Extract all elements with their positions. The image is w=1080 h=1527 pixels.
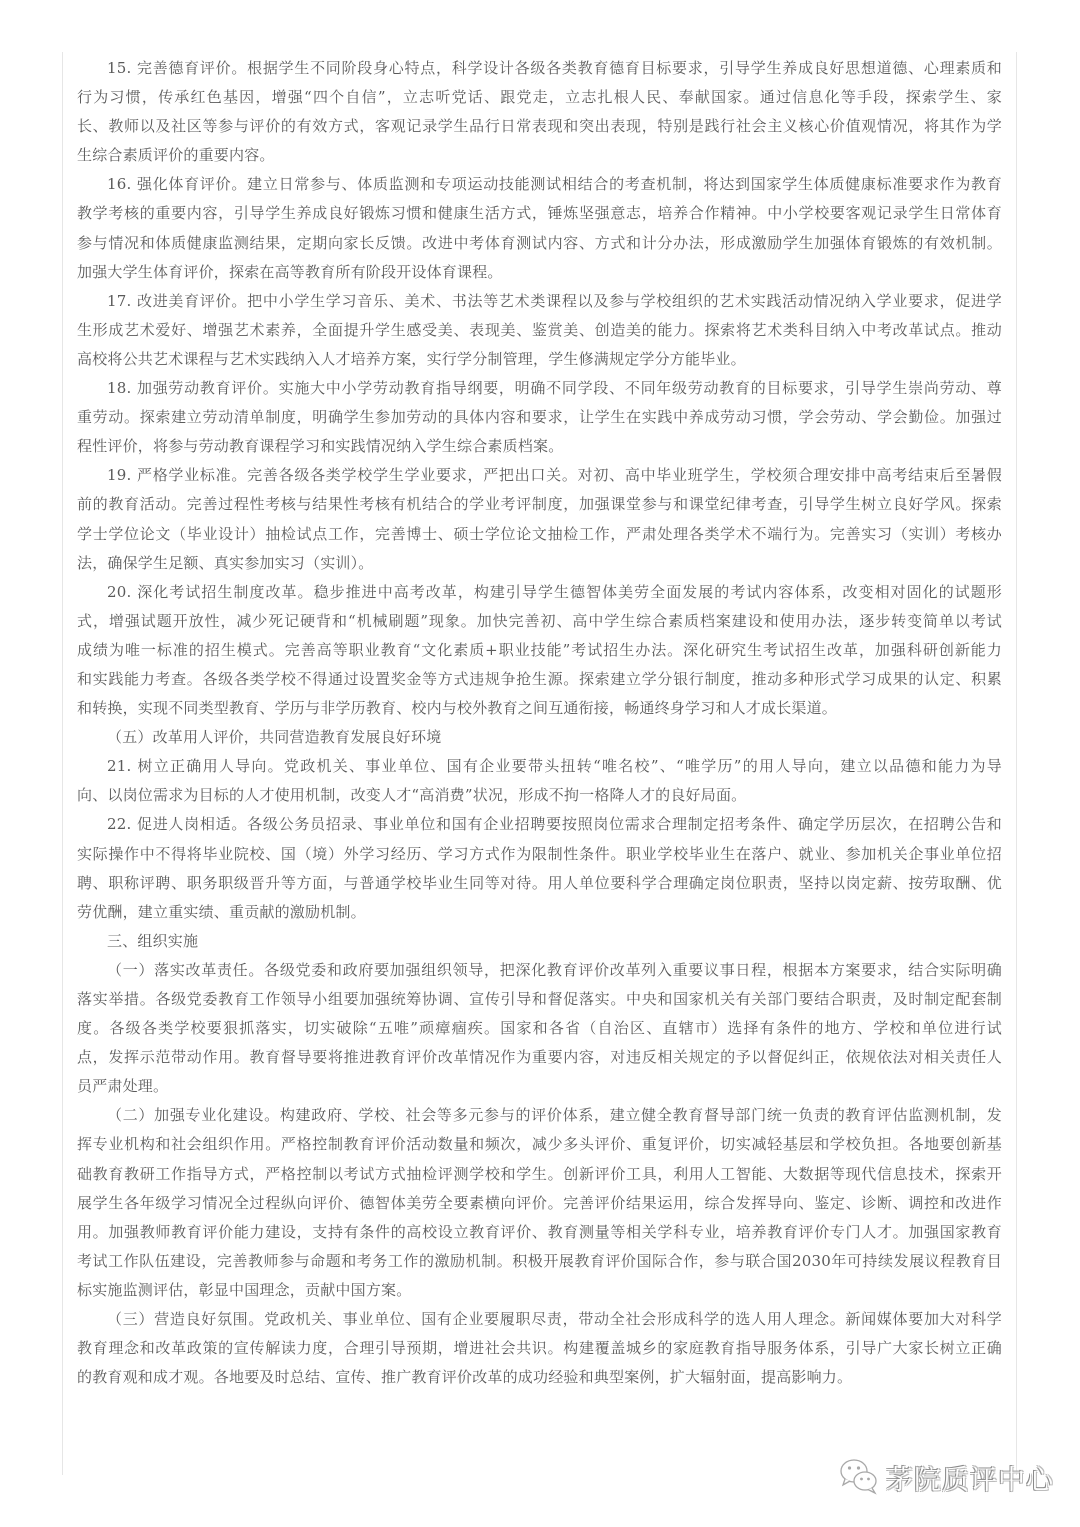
- text-line: 度。各级各类学校要狠抓落实，切实破除“五唯”顽瘴痼疾。国家和各省（自治区、直辖市…: [77, 1014, 1002, 1043]
- text-line: 长、教师以及社区等参与评价的有效方式，客观记录学生品行日常表现和突出表现，特别是…: [77, 112, 1002, 141]
- text-line: 参与情况和体质健康监测结果，定期向家长反馈。改进中考体育测试内容、方式和计分办法…: [77, 229, 1002, 258]
- text-line: 展学生各年级学习情况全过程纵向评价、德智体美劳全要素横向评价。完善评价结果运用，…: [77, 1189, 1002, 1218]
- paragraph: 17. 改进美育评价。把中小学生学习音乐、美术、书法等艺术类课程以及参与学校组织…: [77, 287, 1002, 374]
- paragraph: 20. 深化考试招生制度改革。稳步推进中高考改革，构建引导学生德智体美劳全面发展…: [77, 578, 1002, 723]
- paragraph: 18. 加强劳动教育评价。实施大中小学劳动教育指导纲要，明确不同学段、不同年级劳…: [77, 374, 1002, 461]
- text-line: 员严肃处理。: [77, 1072, 1002, 1101]
- paragraph: 22. 促进人岗相适。各级公务员招录、事业单位和国有企业招聘要按照岗位需求合理制…: [77, 810, 1002, 926]
- text-line: 15. 完善德育评价。根据学生不同阶段身心特点，科学设计各级各类教育德育目标要求…: [77, 54, 1002, 83]
- text-line: 和转换，实现不同类型教育、学历与非学历教育、校内与校外教育之间互通衔接，畅通终身…: [77, 694, 1002, 723]
- paragraph: 21. 树立正确用人导向。党政机关、事业单位、国有企业要带头扭转“唯名校”、“唯…: [77, 752, 1002, 810]
- text-line: 式，增强试题开放性，减少死记硬背和“机械刷题”现象。加快完善初、高中学生综合素质…: [77, 607, 1002, 636]
- text-line: 教育理念和改革政策的宣传解读力度，合理引导预期，增进社会共识。构建覆盖城乡的家庭…: [77, 1334, 1002, 1363]
- text-line: 础教育教研工作指导方式，严格控制以考试方式抽检评测学校和学生。创新评价工具，利用…: [77, 1160, 1002, 1189]
- wechat-icon: [838, 1457, 880, 1497]
- text-line: 19. 严格学业标准。完善各级各类学校学生学业要求，严把出口关。对初、高中毕业班…: [77, 461, 1002, 490]
- text-line: 三、组织实施: [77, 927, 1002, 956]
- section-heading: （五）改革用人评价，共同营造教育发展良好环境: [77, 723, 1002, 752]
- text-line: 17. 改进美育评价。把中小学生学习音乐、美术、书法等艺术类课程以及参与学校组织…: [77, 287, 1002, 316]
- text-line: （二）加强专业化建设。构建政府、学校、社会等多元参与的评价体系，建立健全教育督导…: [77, 1101, 1002, 1130]
- text-line: 重劳动。探索建立劳动清单制度，明确学生参加劳动的具体内容和要求，让学生在实践中养…: [77, 403, 1002, 432]
- text-line: 点，发挥示范带动作用。教育督导要将推进教育评价改革情况作为重要内容，对违反相关规…: [77, 1043, 1002, 1072]
- text-line: 和实践能力考查。各级各类学校不得通过设置奖金等方式违规争抢生源。探索建立学分银行…: [77, 665, 1002, 694]
- text-line: 实际操作中不得将毕业院校、国（境）外学习经历、学习方式作为限制性条件。职业学校毕…: [77, 840, 1002, 869]
- text-line: 法，确保学生足额、真实参加实习（实训）。: [77, 549, 1002, 578]
- text-line: 生综合素质评价的重要内容。: [77, 141, 1002, 170]
- text-line: 标实施监测评估，彰显中国理念，贡献中国方案。: [77, 1276, 1002, 1305]
- text-line: 向、以岗位需求为目标的人才使用机制，改变人才“高消费”状况，形成不拘一格降人才的…: [77, 781, 1002, 810]
- text-line: （三）营造良好氛围。党政机关、事业单位、国有企业要履职尽责，带动全社会形成科学的…: [77, 1305, 1002, 1334]
- document-body: 15. 完善德育评价。根据学生不同阶段身心特点，科学设计各级各类教育德育目标要求…: [77, 54, 1002, 1392]
- text-line: 成绩为唯一标准的招生模式。完善高等职业教育“文化素质+职业技能”考试招生办法。深…: [77, 636, 1002, 665]
- text-line: 加强大学生体育评价，探索在高等教育所有阶段开设体育课程。: [77, 258, 1002, 287]
- text-line: 考试工作队伍建设，完善教师参与命题和考务工作的激励机制。积极开展教育评价国际合作…: [77, 1247, 1002, 1276]
- text-line: 挥专业机构和社会组织作用。严格控制教育评价活动数量和频次，减少多头评价、重复评价…: [77, 1130, 1002, 1159]
- text-line: 22. 促进人岗相适。各级公务员招录、事业单位和国有企业招聘要按照岗位需求合理制…: [77, 810, 1002, 839]
- text-line: 用。加强教师教育评价能力建设，支持有条件的高校设立教育评价、教育测量等相关学科专…: [77, 1218, 1002, 1247]
- watermark-text: 茅院质评中心: [886, 1458, 1054, 1497]
- paragraph: （一）落实改革责任。各级党委和政府要加强组织领导，把深化教育评价改革列入重要议事…: [77, 956, 1002, 1101]
- text-line: 21. 树立正确用人导向。党政机关、事业单位、国有企业要带头扭转“唯名校”、“唯…: [77, 752, 1002, 781]
- text-line: 生形成艺术爱好、增强艺术素养，全面提升学生感受美、表现美、鉴赏美、创造美的能力。…: [77, 316, 1002, 345]
- text-line: （五）改革用人评价，共同营造教育发展良好环境: [77, 723, 1002, 752]
- paragraph: 15. 完善德育评价。根据学生不同阶段身心特点，科学设计各级各类教育德育目标要求…: [77, 54, 1002, 170]
- text-line: 18. 加强劳动教育评价。实施大中小学劳动教育指导纲要，明确不同学段、不同年级劳…: [77, 374, 1002, 403]
- text-line: 聘、职称评聘、职务职级晋升等方面，与普通学校毕业生同等对待。用人单位要科学合理确…: [77, 869, 1002, 898]
- text-line: 高校将公共艺术课程与艺术实践纳入人才培养方案，实行学分制管理，学生修满规定学分方…: [77, 345, 1002, 374]
- text-line: 学士学位论文（毕业设计）抽检试点工作，完善博士、硕士学位论文抽检工作，严肃处理各…: [77, 520, 1002, 549]
- paragraph: （二）加强专业化建设。构建政府、学校、社会等多元参与的评价体系，建立健全教育督导…: [77, 1101, 1002, 1305]
- text-line: 前的教育活动。完善过程性考核与结果性考核有机结合的学业考评制度，加强课堂参与和课…: [77, 490, 1002, 519]
- paragraph: （三）营造良好氛围。党政机关、事业单位、国有企业要履职尽责，带动全社会形成科学的…: [77, 1305, 1002, 1392]
- text-line: （一）落实改革责任。各级党委和政府要加强组织领导，把深化教育评价改革列入重要议事…: [77, 956, 1002, 985]
- text-line: 16. 强化体育评价。建立日常参与、体质监测和专项运动技能测试相结合的考查机制，…: [77, 170, 1002, 199]
- paragraph: 19. 严格学业标准。完善各级各类学校学生学业要求，严把出口关。对初、高中毕业班…: [77, 461, 1002, 577]
- text-line: 教学考核的重要内容，引导学生养成良好锻炼习惯和健康生活方式，锤炼坚强意志，培养合…: [77, 199, 1002, 228]
- text-line: 程性评价，将参与劳动教育课程学习和实践情况纳入学生综合素质档案。: [77, 432, 1002, 461]
- paragraph: 16. 强化体育评价。建立日常参与、体质监测和专项运动技能测试相结合的考查机制，…: [77, 170, 1002, 286]
- watermark: 茅院质评中心: [838, 1455, 1054, 1499]
- text-line: 劳优酬，建立重实绩、重贡献的激励机制。: [77, 898, 1002, 927]
- text-line: 的教育观和成才观。各地要及时总结、宣传、推广教育评价改革的成功经验和典型案例，扩…: [77, 1363, 1002, 1392]
- text-line: 20. 深化考试招生制度改革。稳步推进中高考改革，构建引导学生德智体美劳全面发展…: [77, 578, 1002, 607]
- text-line: 行为习惯，传承红色基因，增强“四个自信”，立志听党话、跟党走，立志扎根人民、奉献…: [77, 83, 1002, 112]
- section-heading: 三、组织实施: [77, 927, 1002, 956]
- text-line: 落实举措。各级党委教育工作领导小组要加强统筹协调、宣传引导和督促落实。中央和国家…: [77, 985, 1002, 1014]
